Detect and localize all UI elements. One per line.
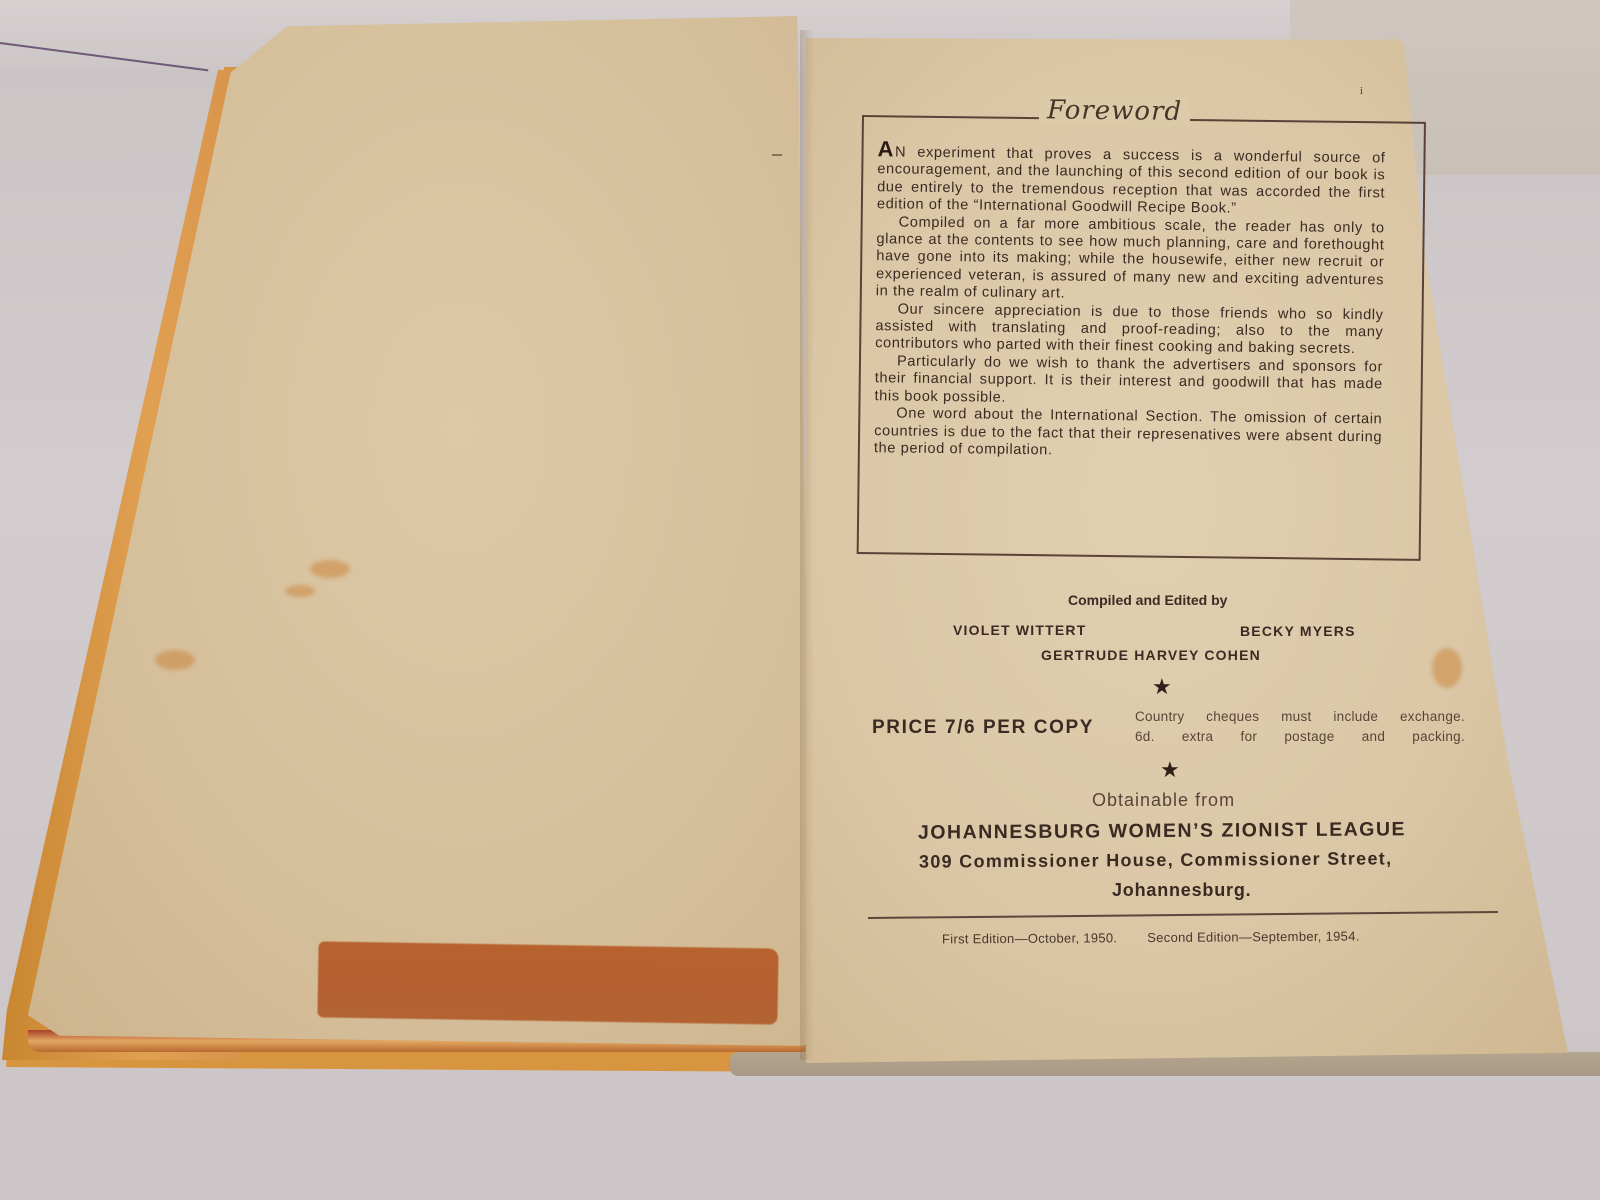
foxing-spot	[310, 560, 350, 578]
edition-info: First Edition—October, 1950. Second Edit…	[942, 929, 1360, 947]
spine-shadow	[800, 30, 814, 1060]
foreword-paragraph: Our sincere appreciation is due to those…	[875, 301, 1384, 359]
foreword-box: Foreword AN experiment that proves a suc…	[857, 115, 1426, 561]
foreword-paragraph: Compiled on a far more ambitious scale, …	[876, 214, 1385, 307]
organisation-address: 309 Commissioner House, Commissioner Str…	[919, 848, 1392, 872]
foreword-paragraph: One word about the International Section…	[874, 405, 1383, 463]
foreword-title: Foreword	[1039, 95, 1190, 127]
price-note: Country cheques must include exchange. 6…	[1135, 707, 1465, 747]
editor-name: GERTRUDE HARVEY COHEN	[1041, 647, 1261, 663]
editor-name: VIOLET WITTERT	[953, 622, 1086, 638]
tape-stain	[317, 941, 778, 1024]
first-edition: First Edition—October, 1950.	[942, 930, 1117, 946]
organisation-city: Johannesburg.	[1112, 880, 1251, 901]
price-label: PRICE 7/6 PER COPY	[872, 717, 1094, 739]
foxing-spot	[155, 650, 195, 670]
left-page	[28, 16, 813, 1046]
foreword-paragraph: AN experiment that proves a success is a…	[877, 141, 1386, 220]
dropcap: A	[877, 136, 894, 161]
organisation-name: JOHANNESBURG WOMEN’S ZIONIST LEAGUE	[918, 818, 1406, 844]
credits-heading: Compiled and Edited by	[1068, 592, 1227, 608]
tick-mark	[772, 154, 782, 156]
obtainable-label: Obtainable from	[1092, 790, 1235, 811]
star-icon: ★	[1152, 675, 1172, 700]
star-icon: ★	[1160, 758, 1180, 783]
page-number: i	[1360, 86, 1363, 97]
foreword-paragraph: Particularly do we wish to thank the adv…	[874, 353, 1383, 411]
foxing-spot	[1432, 648, 1462, 688]
second-edition: Second Edition—September, 1954.	[1147, 929, 1359, 945]
foreword-body: AN experiment that proves a success is a…	[874, 141, 1386, 463]
editor-name: BECKY MYERS	[1240, 623, 1356, 639]
foxing-spot	[285, 585, 315, 597]
